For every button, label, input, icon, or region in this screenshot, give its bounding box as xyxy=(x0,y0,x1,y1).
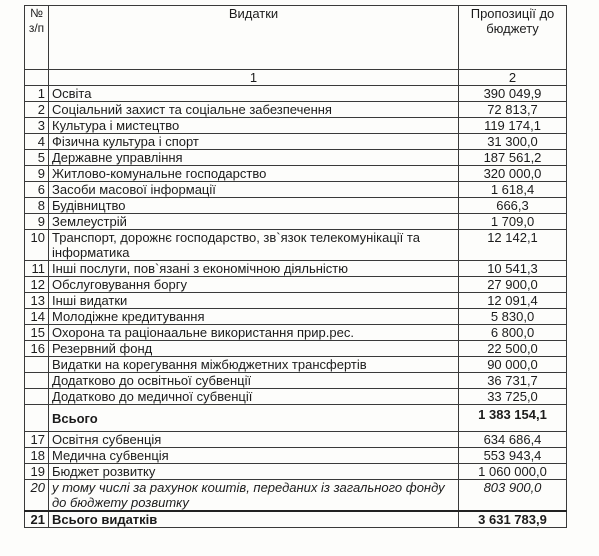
row-number: 12 xyxy=(25,277,49,293)
row-value: 803 900,0 xyxy=(459,480,567,512)
row-number: 3 xyxy=(25,118,49,134)
table-row: 15Охорона та раціонаальне використання п… xyxy=(25,325,567,341)
row-number: 17 xyxy=(25,432,49,448)
row-number: 20 xyxy=(25,480,49,512)
row-name: Видатки на корегування міжбюджетних тран… xyxy=(49,357,459,373)
row-number: 10 xyxy=(25,230,49,261)
subtotal-row: Всього1 383 154,1 xyxy=(25,405,567,432)
row-number: 2 xyxy=(25,102,49,118)
table-row: 16Резервний фонд22 500,0 xyxy=(25,341,567,357)
table-row: 5Державне управління187 561,2 xyxy=(25,150,567,166)
row-name: Медична субвенція xyxy=(49,448,459,464)
row-name: Державне управління xyxy=(49,150,459,166)
table-row: 17Освітня субвенція634 686,4 xyxy=(25,432,567,448)
row-name: Культура і мистецтво xyxy=(49,118,459,134)
row-number: 18 xyxy=(25,448,49,464)
row-name: Всього xyxy=(49,405,459,432)
table-row: 19Бюджет розвитку1 060 000,0 xyxy=(25,464,567,480)
row-number: 6 xyxy=(25,182,49,198)
row-name: Транспорт, дорожнє господарство, зв`язок… xyxy=(49,230,459,261)
row-value: 1 709,0 xyxy=(459,214,567,230)
row-value: 666,3 xyxy=(459,198,567,214)
row-value: 390 049,9 xyxy=(459,86,567,102)
row-name: у тому числі за рахунок коштів, передани… xyxy=(49,480,459,512)
table-row: 14Молодіжне кредитування5 830,0 xyxy=(25,309,567,325)
row-value: 119 174,1 xyxy=(459,118,567,134)
table-row: 11Інші послуги, пов`язані з економічною … xyxy=(25,261,567,277)
row-value: 22 500,0 xyxy=(459,341,567,357)
row-name: Бюджет розвитку xyxy=(49,464,459,480)
table-row: 9Землеустрій1 709,0 xyxy=(25,214,567,230)
row-value: 12 091,4 xyxy=(459,293,567,309)
table-row: 18Медична субвенція553 943,4 xyxy=(25,448,567,464)
table-row: 3Культура і мистецтво119 174,1 xyxy=(25,118,567,134)
budget-expenditures-table: № з/п Видатки Пропозиції до бюджету 1 2 … xyxy=(24,5,567,528)
row-name: Землеустрій xyxy=(49,214,459,230)
row-name: Охорона та раціонаальне використання при… xyxy=(49,325,459,341)
row-value: 12 142,1 xyxy=(459,230,567,261)
column-index-2: 2 xyxy=(459,70,567,86)
header-expenditures: Видатки xyxy=(49,6,459,70)
table-row: Видатки на корегування міжбюджетних тран… xyxy=(25,357,567,373)
row-name: Освітня субвенція xyxy=(49,432,459,448)
row-number: 16 xyxy=(25,341,49,357)
row-name: Інші послуги, пов`язані з економічною ді… xyxy=(49,261,459,277)
row-value: 5 830,0 xyxy=(459,309,567,325)
row-name: Будівництво xyxy=(49,198,459,214)
row-number: 11 xyxy=(25,261,49,277)
row-name: Фізична культура і спорт xyxy=(49,134,459,150)
row-value: 72 813,7 xyxy=(459,102,567,118)
row-value: 1 060 000,0 xyxy=(459,464,567,480)
row-value: 187 561,2 xyxy=(459,150,567,166)
table-row: 8Будівництво666,3 xyxy=(25,198,567,214)
table-row: 1Освіта390 049,9 xyxy=(25,86,567,102)
row-number: 9 xyxy=(25,214,49,230)
row-value: 90 000,0 xyxy=(459,357,567,373)
row-name: Додатково до медичної субвенції xyxy=(49,389,459,405)
row-number: 5 xyxy=(25,150,49,166)
table-row: 9Житлово-комунальне господарство320 000,… xyxy=(25,166,567,182)
row-name: Освіта xyxy=(49,86,459,102)
row-number: 15 xyxy=(25,325,49,341)
row-name: Житлово-комунальне господарство xyxy=(49,166,459,182)
row-value: 320 000,0 xyxy=(459,166,567,182)
row-value: 10 541,3 xyxy=(459,261,567,277)
row-value: 634 686,4 xyxy=(459,432,567,448)
row-name: Всього видатків xyxy=(49,511,459,528)
table-row: 12Обслуговування боргу27 900,0 xyxy=(25,277,567,293)
table-row: 20у тому числі за рахунок коштів, переда… xyxy=(25,480,567,512)
row-value: 1 383 154,1 xyxy=(459,405,567,432)
row-value: 6 800,0 xyxy=(459,325,567,341)
table-row: 13Інші видатки12 091,4 xyxy=(25,293,567,309)
row-value: 36 731,7 xyxy=(459,373,567,389)
row-value: 3 631 783,9 xyxy=(459,511,567,528)
table-header-row: № з/п Видатки Пропозиції до бюджету xyxy=(25,6,567,70)
row-number: 21 xyxy=(25,511,49,528)
table-row: 2Соціальний захист та соціальне забезпеч… xyxy=(25,102,567,118)
table-row: 10Транспорт, дорожнє господарство, зв`яз… xyxy=(25,230,567,261)
row-number xyxy=(25,405,49,432)
header-proposals: Пропозиції до бюджету xyxy=(459,6,567,70)
table-row: 4Фізична культура і спорт31 300,0 xyxy=(25,134,567,150)
table-row: 6Засоби масової інформації1 618,4 xyxy=(25,182,567,198)
row-number: 19 xyxy=(25,464,49,480)
row-value: 31 300,0 xyxy=(459,134,567,150)
row-value: 553 943,4 xyxy=(459,448,567,464)
grand-total-row: 21Всього видатків3 631 783,9 xyxy=(25,511,567,528)
row-number: 4 xyxy=(25,134,49,150)
column-index-empty xyxy=(25,70,49,86)
row-number: 13 xyxy=(25,293,49,309)
row-name: Додатково до освітньої субвенції xyxy=(49,373,459,389)
column-index-1: 1 xyxy=(49,70,459,86)
row-number xyxy=(25,373,49,389)
row-number: 9 xyxy=(25,166,49,182)
row-name: Інші видатки xyxy=(49,293,459,309)
table-row: Додатково до медичної субвенції33 725,0 xyxy=(25,389,567,405)
table-row: Додатково до освітньої субвенції36 731,7 xyxy=(25,373,567,389)
row-number: 8 xyxy=(25,198,49,214)
row-name: Молодіжне кредитування xyxy=(49,309,459,325)
row-value: 1 618,4 xyxy=(459,182,567,198)
header-number: № з/п xyxy=(25,6,49,70)
column-index-row: 1 2 xyxy=(25,70,567,86)
row-number xyxy=(25,357,49,373)
row-name: Соціальний захист та соціальне забезпече… xyxy=(49,102,459,118)
row-value: 33 725,0 xyxy=(459,389,567,405)
row-name: Засоби масової інформації xyxy=(49,182,459,198)
row-number xyxy=(25,389,49,405)
row-number: 1 xyxy=(25,86,49,102)
row-value: 27 900,0 xyxy=(459,277,567,293)
row-number: 14 xyxy=(25,309,49,325)
row-name: Обслуговування боргу xyxy=(49,277,459,293)
row-name: Резервний фонд xyxy=(49,341,459,357)
